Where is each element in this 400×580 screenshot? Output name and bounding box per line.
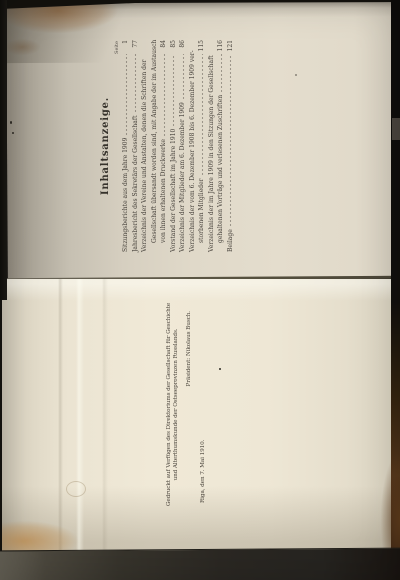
speck: [10, 121, 12, 124]
toc-entry-page-number: 116: [216, 40, 226, 52]
toc-entry-page-number: 84: [159, 40, 169, 52]
toc-entry-text: Jahresbericht des Sekretärs der Gesellsc…: [131, 116, 141, 253]
toc-entry: Beilage121: [226, 40, 236, 252]
dot-leader: [169, 54, 179, 127]
toc-heading: Inhaltsanzeige.: [100, 40, 111, 252]
page-edge-notch: [392, 118, 400, 140]
toc-entry-page-number: 86: [178, 40, 188, 52]
toc-entry: Verzeichnis der Mitglieder am 6. Dezembe…: [178, 40, 188, 252]
toc-entry-text: Gesellschaft übersandt worden sind, mit …: [150, 40, 160, 243]
toc-entry-text: Verzeichnis der Vereine und Anstalten, d…: [140, 60, 150, 252]
toc-entry: Vorstand der Gesellschaft im Jahre 19108…: [169, 40, 179, 252]
dot-leader: [226, 54, 236, 227]
toc-entry-text: Sitzungsberichte aus dem Jahre 1909: [121, 138, 131, 252]
dot-leader: [131, 54, 141, 114]
toc-entry: Verzeichnis der Vereine und Anstalten, d…: [140, 40, 150, 252]
seite-column-label: Seite: [114, 40, 120, 252]
imprint-text-block: Gedruckt auf Verfügen des Direktoriums d…: [166, 302, 214, 507]
toc-entry: Verzeichnis der im Jahre 1909 in den Sit…: [207, 40, 217, 252]
toc-entry-text: gehaltenen Vorträge und verlesenen Zusch…: [216, 95, 226, 243]
toc-entry: Sitzungsberichte aus dem Jahre 19091: [121, 40, 131, 252]
toc-entry-text: von ihnen erhaltenen Druckwerke: [159, 139, 169, 243]
toc-entry: Jahresbericht des Sekretärs der Gesellsc…: [131, 40, 141, 252]
dot-leader: [178, 54, 188, 100]
toc-entry-page-number: 115: [197, 40, 207, 52]
dot-leader: [197, 54, 207, 176]
book-edge-left: [0, 0, 7, 300]
toc-entry-text: Verzeichnis der vom 6. Dezember 1908 bis…: [188, 50, 198, 252]
toc-entry: gehaltenen Vorträge und verlesenen Zusch…: [216, 40, 226, 252]
toc-entry: Gesellschaft übersandt worden sind, mit …: [150, 40, 160, 252]
toc-entry-text: Beilage: [226, 229, 236, 252]
toc-entry-page-number: 77: [131, 40, 141, 52]
toc-entry-page-number: 85: [169, 40, 179, 52]
imprint-line-1: Gedruckt auf Verfügen des Direktoriums d…: [166, 302, 173, 507]
toc-entry-page-number: 1: [121, 40, 131, 52]
dot-leader: [140, 54, 150, 58]
book-photo: Inhaltsanzeige. Seite Sitzungsberichte a…: [0, 0, 400, 580]
speck: [12, 132, 14, 134]
speck: [219, 368, 221, 370]
toc-entry: storbenen Mitglieder115: [197, 40, 207, 252]
toc-entry-text: storbenen Mitglieder: [197, 178, 207, 243]
imprint-date: Riga, den 7. Mai 1910.: [200, 302, 207, 507]
toc-entry: Verzeichnis der vom 6. Dezember 1908 bis…: [188, 40, 198, 252]
toc-entry-page-number: 121: [226, 40, 236, 52]
dot-leader: [216, 54, 226, 93]
dot-leader: [121, 54, 131, 136]
imprint-president: Präsident: Nikolaus Busch.: [186, 302, 193, 507]
book-cover-bottom: [0, 548, 400, 580]
toc-entry-text: Verzeichnis der Mitglieder am 6. Dezembe…: [178, 102, 188, 252]
ring-stain: [66, 481, 86, 497]
toc-entry: von ihnen erhaltenen Druckwerke84: [159, 40, 169, 252]
toc-entry-text: Vorstand der Gesellschaft im Jahre 1910: [169, 129, 179, 252]
dot-leader: [159, 54, 169, 137]
toc-entries: Sitzungsberichte aus dem Jahre 19091Jahr…: [121, 40, 235, 252]
speck: [295, 74, 297, 76]
imprint-line-2: und Alterthumskunde der Ostseeprovinzen …: [173, 302, 180, 507]
toc-entry-text: Verzeichnis der im Jahre 1909 in den Sit…: [207, 55, 217, 252]
toc-text-block: Inhaltsanzeige. Seite Sitzungsberichte a…: [100, 40, 252, 252]
